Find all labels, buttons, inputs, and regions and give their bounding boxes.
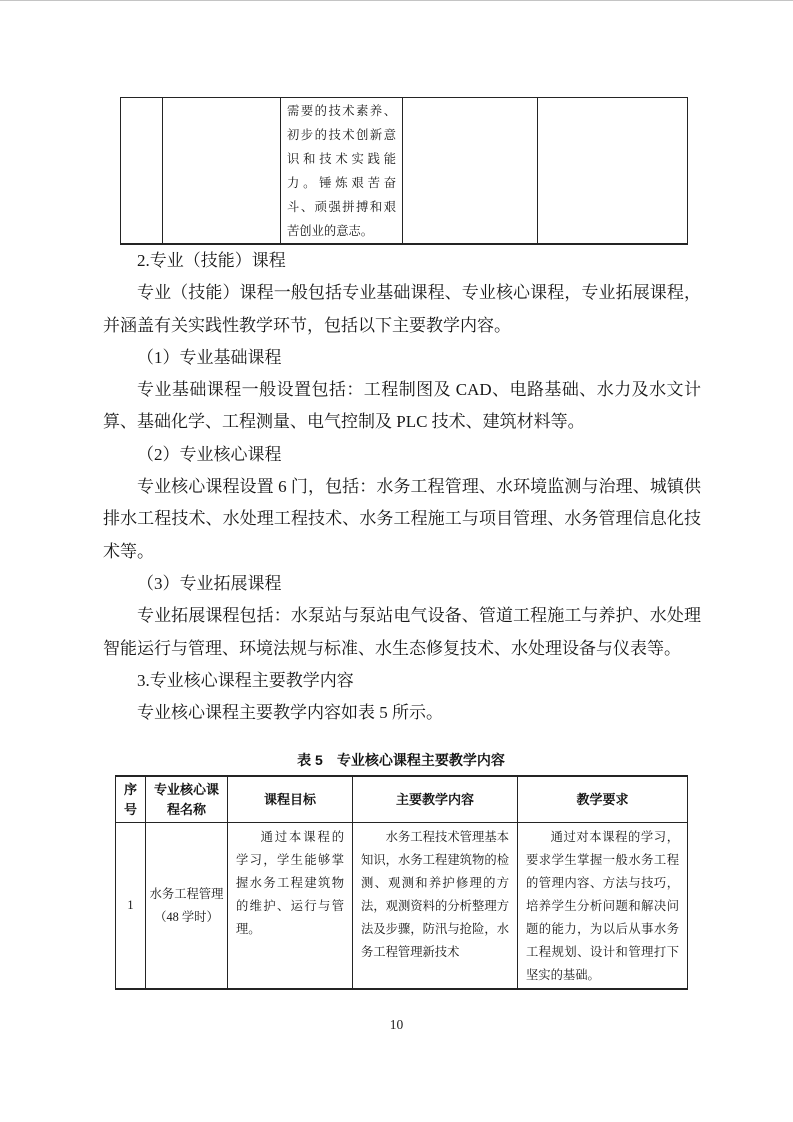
body-paragraph: 专业（技能）课程一般包括专业基础课程、专业核心课程，专业拓展课程，并涵盖有关实践…	[103, 277, 701, 342]
page-number: 10	[0, 1016, 793, 1034]
continued-cell-index	[121, 98, 163, 245]
cell-requirement: 通过对本课程的学习，要求学生掌握一般水务工程的管理内容、方法与技巧，培养学生分析…	[518, 823, 688, 990]
heading-skill-courses: 2.专业（技能）课程	[103, 245, 701, 277]
header-cell-requirement: 教学要求	[518, 776, 688, 823]
header-cell-course-name: 专业核心课程名称	[146, 776, 228, 823]
body-paragraph: 专业基础课程一般设置包括：工程制图及 CAD、电路基础、水力及水文计算、基础化学…	[103, 374, 701, 439]
body-text: 2.专业（技能）课程 专业（技能）课程一般包括专业基础课程、专业核心课程，专业拓…	[103, 245, 701, 729]
page-top-edge	[0, 0, 793, 1]
cell-objective: 通过本课程的学习，学生能够掌握水务工程建筑物的维护、运行与管理。	[228, 823, 353, 990]
body-paragraph: 专业拓展课程包括：水泵站与泵站电气设备、管道工程施工与养护、水处理智能运行与管理…	[103, 600, 701, 665]
table-row: 1 水务工程管理（48 学时） 通过本课程的学习，学生能够掌握水务工程建筑物的维…	[116, 823, 688, 990]
subheading-extension-courses: （3）专业拓展课程	[103, 568, 701, 600]
continued-cell-content	[403, 98, 538, 245]
cell-index: 1	[116, 823, 146, 990]
subheading-core-courses: （2）专业核心课程	[103, 439, 701, 471]
body-paragraph: 专业核心课程设置 6 门，包括：水务工程管理、水环境监测与治理、城镇供排水工程技…	[103, 471, 701, 568]
continued-cell-requirement	[538, 98, 688, 245]
continued-table: 需要的技术素养、初步的技术创新意识和技术实践能力。锤炼艰苦奋斗、顽强拼搏和艰苦创…	[120, 97, 688, 245]
subheading-basic-courses: （1）专业基础课程	[103, 342, 701, 374]
table5-caption: 表 5 专业核心课程主要教学内容	[115, 750, 687, 770]
continued-cell-text: 需要的技术素养、初步的技术创新意识和技术实践能力。锤炼艰苦奋斗、顽强拼搏和艰苦创…	[281, 98, 403, 245]
continued-table-row: 需要的技术素养、初步的技术创新意识和技术实践能力。锤炼艰苦奋斗、顽强拼搏和艰苦创…	[121, 98, 688, 245]
document-page: 需要的技术素养、初步的技术创新意识和技术实践能力。锤炼艰苦奋斗、顽强拼搏和艰苦创…	[0, 0, 793, 1122]
heading-core-teaching-content: 3.专业核心课程主要教学内容	[103, 665, 701, 697]
core-course-table: 序号 专业核心课程名称 课程目标 主要教学内容 教学要求 1 水务工程管理（48…	[115, 775, 688, 990]
header-cell-objective: 课程目标	[228, 776, 353, 823]
continued-cell-name	[163, 98, 281, 245]
core-course-table-header: 序号 专业核心课程名称 课程目标 主要教学内容 教学要求	[116, 776, 688, 823]
header-cell-content: 主要教学内容	[353, 776, 518, 823]
header-cell-index: 序号	[116, 776, 146, 823]
cell-content: 水务工程技术管理基本知识，水务工程建筑物的检测、观测和养护修理的方法，观测资料的…	[353, 823, 518, 990]
body-paragraph: 专业核心课程主要教学内容如表 5 所示。	[103, 697, 701, 729]
cell-course-name: 水务工程管理（48 学时）	[146, 823, 228, 990]
